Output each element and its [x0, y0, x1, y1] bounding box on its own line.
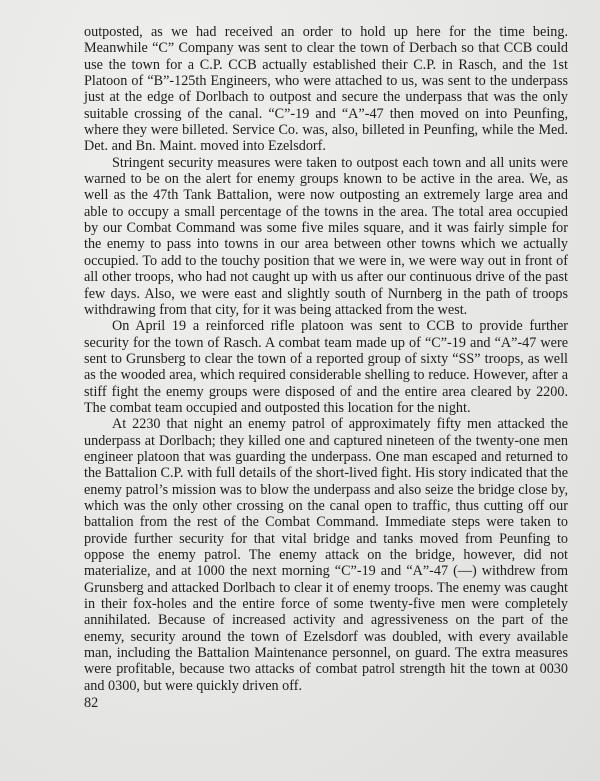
paragraph-4: At 2230 that night an enemy patrol of ap…: [84, 416, 568, 694]
page-number: 82: [84, 695, 98, 712]
page-body: outposted, as we had received an order t…: [84, 24, 568, 694]
paragraph-1: outposted, as we had received an order t…: [84, 24, 568, 155]
paragraph-2: Stringent security measures were taken t…: [84, 155, 568, 318]
paragraph-3: On April 19 a reinforced rifle platoon w…: [84, 318, 568, 416]
